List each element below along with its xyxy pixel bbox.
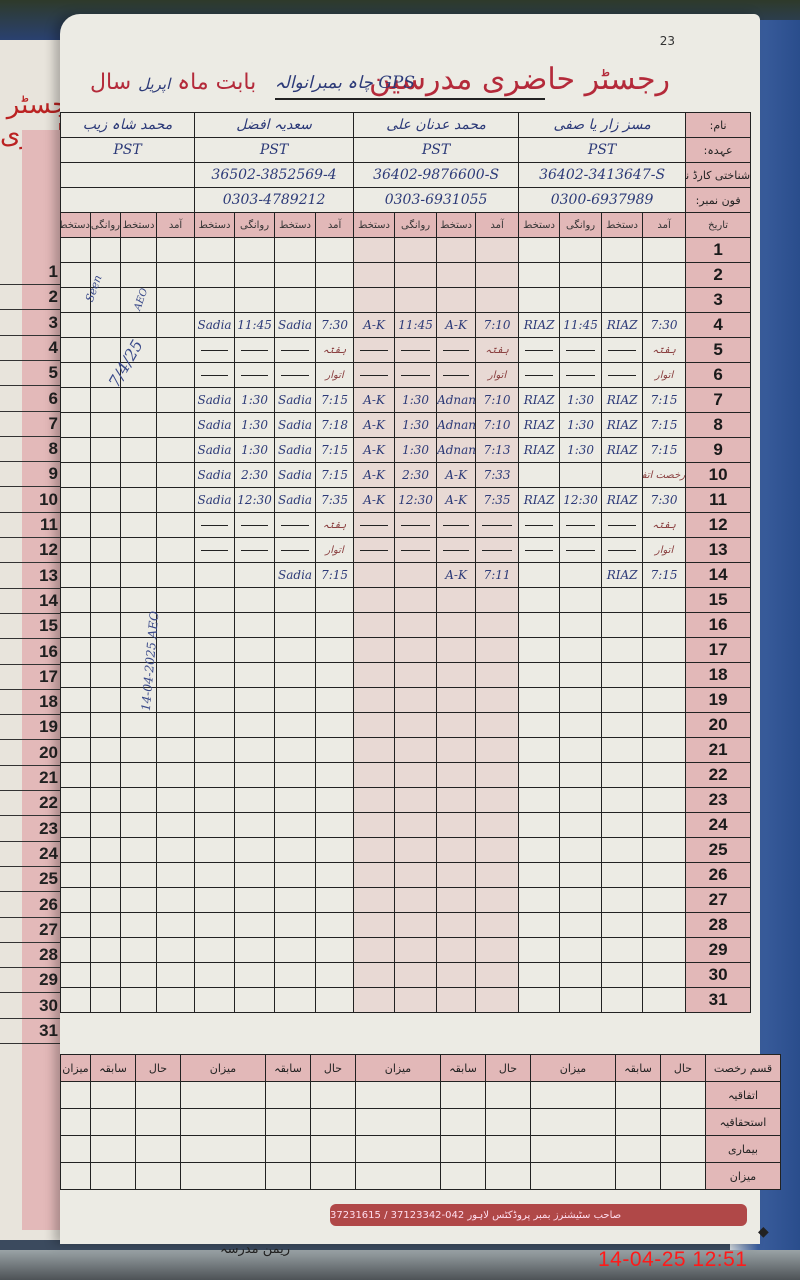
- attendance-cell: [476, 513, 519, 538]
- attendance-row: Sadia1:30Sadia7:15A-K1:30Adnan7:10RIAZ1:…: [61, 388, 751, 413]
- camera-timestamp: 14-04-25 12:51: [598, 1248, 747, 1272]
- attendance-cell: [235, 613, 275, 638]
- date-number: 7: [686, 388, 751, 413]
- attendance-cell: [157, 438, 195, 463]
- attendance-cell: Sadia: [195, 388, 235, 413]
- attendance-cell: [316, 763, 354, 788]
- attendance-cell: [157, 863, 195, 888]
- attendance-cell: [354, 363, 395, 388]
- attendance-cell: [275, 738, 316, 763]
- attendance-cell: اتوار: [316, 363, 354, 388]
- attendance-row: Sadia2:30Sadia7:15A-K2:30A-K7:33رخصت اتف…: [61, 463, 751, 488]
- attendance-cell: RIAZ: [602, 438, 643, 463]
- attendance-cell: [316, 688, 354, 713]
- attendance-cell: [643, 613, 686, 638]
- date-number: 14: [686, 563, 751, 588]
- leave-cell: [311, 1136, 356, 1163]
- attendance-cell: [602, 713, 643, 738]
- attendance-cell: [437, 588, 476, 613]
- attendance-cell: [235, 838, 275, 863]
- attendance-cell: [395, 988, 437, 1013]
- dash-mark: [566, 525, 595, 526]
- attendance-cell: [157, 888, 195, 913]
- attendance-cell: [602, 238, 643, 263]
- attendance-cell: Adnan: [437, 413, 476, 438]
- attendance-cell: [157, 588, 195, 613]
- leave-col-header: سابقہ: [441, 1055, 486, 1082]
- attendance-cell: [235, 888, 275, 913]
- attendance-cell: [643, 838, 686, 863]
- attendance-cell: [560, 963, 602, 988]
- leave-row-label: میزان: [706, 1163, 781, 1190]
- attendance-cell: [61, 713, 91, 738]
- attendance-cell: رخصت اتفاقیہ: [643, 463, 686, 488]
- attendance-cell: [91, 938, 121, 963]
- attendance-cell: A-K: [354, 488, 395, 513]
- attendance-cell: 7:10: [476, 313, 519, 338]
- dash-mark: [241, 525, 268, 526]
- date-number: 26: [686, 863, 751, 888]
- attendance-cell: 7:15: [643, 388, 686, 413]
- attendance-cell: 7:13: [476, 438, 519, 463]
- attendance-cell: [195, 538, 235, 563]
- date-number: 10: [686, 463, 751, 488]
- attendance-cell: [195, 363, 235, 388]
- attendance-row: 30: [61, 963, 751, 988]
- attendance-cell: [560, 988, 602, 1013]
- attendance-cell: 7:11: [476, 563, 519, 588]
- attendance-cell: 2:30: [235, 463, 275, 488]
- attendance-cell: [437, 363, 476, 388]
- dash-mark: [608, 550, 636, 551]
- date-number: 28: [686, 913, 751, 938]
- attendance-row: 27: [61, 888, 751, 913]
- attendance-cell: Adnan: [437, 438, 476, 463]
- column-header-signature: دستخط: [121, 213, 157, 238]
- attendance-cell: [476, 838, 519, 863]
- attendance-cell: [91, 813, 121, 838]
- attendance-cell: [316, 788, 354, 813]
- dash-mark: [201, 375, 228, 376]
- leave-cell: [266, 1136, 311, 1163]
- attendance-cell: [195, 888, 235, 913]
- attendance-cell: [195, 713, 235, 738]
- attendance-cell: [354, 563, 395, 588]
- attendance-cell: RIAZ: [519, 488, 560, 513]
- date-number: 8: [686, 413, 751, 438]
- attendance-cell: [235, 963, 275, 988]
- attendance-cell: [643, 813, 686, 838]
- attendance-cell: [275, 513, 316, 538]
- attendance-cell: 7:15: [643, 413, 686, 438]
- attendance-cell: [602, 688, 643, 713]
- attendance-cell: [519, 988, 560, 1013]
- attendance-cell: [91, 988, 121, 1013]
- attendance-cell: [195, 613, 235, 638]
- attendance-cell: 11:45: [560, 313, 602, 338]
- column-header-arrival: آمد: [643, 213, 686, 238]
- leave-cell: [486, 1163, 531, 1190]
- attendance-cell: [560, 888, 602, 913]
- left-page-date-number: 17: [39, 667, 58, 687]
- attendance-cell: [476, 788, 519, 813]
- column-header-signature: دستخط: [275, 213, 316, 238]
- attendance-cell: A-K: [437, 563, 476, 588]
- attendance-cell: [195, 738, 235, 763]
- attendance-cell: [195, 638, 235, 663]
- date-number: 21: [686, 738, 751, 763]
- attendance-cell: [602, 463, 643, 488]
- attendance-cell: [354, 663, 395, 688]
- attendance-cell: [643, 663, 686, 688]
- attendance-cell: [437, 888, 476, 913]
- date-number: 29: [686, 938, 751, 963]
- leave-type-header: قسم رخصت: [706, 1055, 781, 1082]
- attendance-cell: [157, 713, 195, 738]
- dash-mark: [401, 375, 430, 376]
- attendance-cell: [519, 663, 560, 688]
- attendance-row: 31: [61, 988, 751, 1013]
- attendance-cell: [235, 913, 275, 938]
- attendance-cell: [560, 913, 602, 938]
- attendance-cell: [602, 838, 643, 863]
- date-number: 1: [686, 238, 751, 263]
- date-number: 22: [686, 763, 751, 788]
- attendance-cell: [395, 638, 437, 663]
- attendance-cell: 1:30: [560, 413, 602, 438]
- dash-mark: [443, 375, 470, 376]
- attendance-cell: Sadia: [195, 438, 235, 463]
- attendance-cell: A-K: [437, 488, 476, 513]
- left-page-date-number: 21: [39, 768, 58, 788]
- row-label-designation: عہدہ:: [686, 138, 751, 163]
- attendance-cell: [91, 713, 121, 738]
- attendance-cell: [643, 713, 686, 738]
- attendance-cell: [61, 238, 91, 263]
- leave-cell: [266, 1163, 311, 1190]
- attendance-cell: [476, 588, 519, 613]
- attendance-cell: 7:30: [643, 488, 686, 513]
- attendance-cell: Sadia: [195, 488, 235, 513]
- attendance-cell: [121, 813, 157, 838]
- leave-row-label: استحقاقیہ: [706, 1109, 781, 1136]
- attendance-cell: [91, 863, 121, 888]
- attendance-cell: [275, 363, 316, 388]
- attendance-cell: [354, 863, 395, 888]
- attendance-cell: [157, 613, 195, 638]
- attendance-cell: [61, 488, 91, 513]
- attendance-cell: [476, 963, 519, 988]
- attendance-cell: [61, 763, 91, 788]
- attendance-cell: [316, 588, 354, 613]
- attendance-cell: [316, 638, 354, 663]
- register-page: 23 رجسٹر حاضری مدرسین چاہ بمبرانوالہ GPS…: [60, 14, 760, 1244]
- attendance-cell: [602, 638, 643, 663]
- attendance-cell: [61, 563, 91, 588]
- attendance-cell: [91, 838, 121, 863]
- attendance-cell: [235, 638, 275, 663]
- dash-mark: [241, 350, 268, 351]
- dash-mark: [525, 525, 553, 526]
- attendance-cell: [560, 813, 602, 838]
- attendance-cell: [91, 763, 121, 788]
- attendance-row: Sadia12:30Sadia7:35A-K12:30A-K7:35RIAZ12…: [61, 488, 751, 513]
- attendance-cell: [235, 538, 275, 563]
- attendance-cell: [519, 463, 560, 488]
- attendance-cell: [275, 588, 316, 613]
- attendance-cell: [157, 663, 195, 688]
- attendance-cell: [602, 988, 643, 1013]
- attendance-cell: [519, 588, 560, 613]
- attendance-cell: [91, 963, 121, 988]
- leave-col-header: حال: [136, 1055, 181, 1082]
- attendance-cell: [275, 963, 316, 988]
- attendance-cell: [519, 813, 560, 838]
- leave-cell: [91, 1109, 136, 1136]
- column-header-departure: روانگی: [235, 213, 275, 238]
- attendance-cell: [602, 588, 643, 613]
- dash-mark: [360, 525, 388, 526]
- attendance-cell: [560, 788, 602, 813]
- attendance-cell: A-K: [354, 388, 395, 413]
- attendance-cell: [395, 763, 437, 788]
- attendance-cell: 7:10: [476, 413, 519, 438]
- dash-mark: [360, 350, 388, 351]
- attendance-cell: [395, 538, 437, 563]
- attendance-cell: [354, 913, 395, 938]
- leave-cell: [91, 1163, 136, 1190]
- attendance-cell: [560, 613, 602, 638]
- attendance-cell: [157, 338, 195, 363]
- leave-cell: [531, 1136, 616, 1163]
- leave-cell: [356, 1163, 441, 1190]
- attendance-cell: Sadia: [275, 388, 316, 413]
- attendance-cell: اتوار: [316, 538, 354, 563]
- leave-cell: [91, 1082, 136, 1109]
- attendance-cell: [195, 838, 235, 863]
- date-number: 13: [686, 538, 751, 563]
- attendance-cell: RIAZ: [519, 313, 560, 338]
- attendance-cell: [157, 763, 195, 788]
- attendance-cell: [195, 263, 235, 288]
- attendance-cell: [61, 263, 91, 288]
- attendance-cell: [560, 513, 602, 538]
- attendance-cell: Sadia: [275, 313, 316, 338]
- attendance-cell: [437, 338, 476, 363]
- attendance-cell: [476, 988, 519, 1013]
- leave-cell: [616, 1136, 661, 1163]
- attendance-cell: [560, 863, 602, 888]
- attendance-cell: [354, 838, 395, 863]
- attendance-cell: [476, 863, 519, 888]
- attendance-cell: Sadia: [275, 563, 316, 588]
- attendance-row: 18: [61, 663, 751, 688]
- attendance-cell: [437, 688, 476, 713]
- attendance-cell: [354, 963, 395, 988]
- attendance-cell: [643, 688, 686, 713]
- dash-mark: [443, 550, 470, 551]
- date-number: 18: [686, 663, 751, 688]
- attendance-cell: [476, 613, 519, 638]
- attendance-cell: [395, 938, 437, 963]
- attendance-row: 15: [61, 588, 751, 613]
- attendance-cell: [519, 538, 560, 563]
- date-number: 12: [686, 513, 751, 538]
- attendance-cell: [519, 863, 560, 888]
- attendance-cell: Adnan: [437, 388, 476, 413]
- attendance-cell: ہفتہ: [476, 338, 519, 363]
- column-header-signature: دستخط: [61, 213, 91, 238]
- school-name: چاہ بمبرانوالہ GPS: [275, 72, 415, 93]
- dash-mark: [525, 375, 553, 376]
- column-header-signature: دستخط: [602, 213, 643, 238]
- attendance-cell: RIAZ: [602, 563, 643, 588]
- attendance-cell: RIAZ: [519, 388, 560, 413]
- leave-cell: [311, 1082, 356, 1109]
- attendance-cell: [275, 688, 316, 713]
- attendance-cell: 12:30: [560, 488, 602, 513]
- attendance-cell: [602, 788, 643, 813]
- left-page-date-number: 26: [39, 895, 58, 915]
- column-header-signature: دستخط: [195, 213, 235, 238]
- attendance-row: Sadia1:30Sadia7:15A-K1:30Adnan7:13RIAZ1:…: [61, 438, 751, 463]
- attendance-cell: [476, 738, 519, 763]
- attendance-cell: [61, 938, 91, 963]
- left-page-date-number: 11: [40, 515, 58, 535]
- attendance-cell: [157, 313, 195, 338]
- attendance-cell: [476, 538, 519, 563]
- attendance-cell: 2:30: [395, 463, 437, 488]
- attendance-cell: [61, 338, 91, 363]
- teacher-phone: 0300-6937989: [519, 188, 686, 213]
- attendance-cell: [395, 288, 437, 313]
- attendance-row: 20: [61, 713, 751, 738]
- leave-cell: [181, 1082, 266, 1109]
- dash-mark: [281, 550, 309, 551]
- column-header-signature: دستخط: [437, 213, 476, 238]
- attendance-cell: [235, 563, 275, 588]
- attendance-cell: [602, 913, 643, 938]
- attendance-cell: [395, 238, 437, 263]
- attendance-cell: [61, 438, 91, 463]
- dash-mark: [525, 350, 553, 351]
- attendance-cell: [560, 563, 602, 588]
- attendance-row: 28: [61, 913, 751, 938]
- attendance-cell: 7:33: [476, 463, 519, 488]
- attendance-cell: [316, 838, 354, 863]
- attendance-cell: [316, 913, 354, 938]
- date-number: 23: [686, 788, 751, 813]
- leave-cell: [486, 1109, 531, 1136]
- attendance-cell: [395, 363, 437, 388]
- date-number: 6: [686, 363, 751, 388]
- attendance-cell: [195, 563, 235, 588]
- left-page-date-number: 18: [39, 692, 58, 712]
- attendance-cell: [519, 838, 560, 863]
- attendance-cell: [354, 613, 395, 638]
- left-page-date-number: 4: [49, 338, 58, 358]
- leave-col-header: میزان: [181, 1055, 266, 1082]
- attendance-cell: [519, 888, 560, 913]
- attendance-cell: [560, 538, 602, 563]
- attendance-cell: [275, 538, 316, 563]
- left-page-date-number: 5: [49, 363, 58, 383]
- leave-summary-table: میزانسابقہحالمیزانسابقہحالمیزانسابقہحالم…: [60, 1054, 781, 1190]
- column-header-departure: روانگی: [91, 213, 121, 238]
- attendance-cell: [643, 238, 686, 263]
- attendance-cell: [157, 363, 195, 388]
- attendance-cell: [316, 663, 354, 688]
- page-mark-icon: ◆: [758, 1224, 769, 1240]
- attendance-cell: [395, 563, 437, 588]
- column-header-arrival: آمد: [157, 213, 195, 238]
- attendance-cell: [602, 663, 643, 688]
- attendance-cell: 7:30: [316, 313, 354, 338]
- attendance-cell: Sadia: [275, 413, 316, 438]
- dash-mark: [608, 375, 636, 376]
- attendance-cell: [476, 638, 519, 663]
- attendance-row: 2: [61, 263, 751, 288]
- attendance-cell: [519, 238, 560, 263]
- attendance-cell: [395, 913, 437, 938]
- attendance-cell: 7:18: [316, 413, 354, 438]
- attendance-cell: [560, 638, 602, 663]
- attendance-cell: [476, 238, 519, 263]
- teacher-name: مسز زار یا صفی: [519, 113, 686, 138]
- date-number: 3: [686, 288, 751, 313]
- attendance-cell: [121, 563, 157, 588]
- attendance-cell: [61, 363, 91, 388]
- column-header-departure: روانگی: [395, 213, 437, 238]
- attendance-cell: [235, 263, 275, 288]
- attendance-cell: [61, 888, 91, 913]
- date-number: 4: [686, 313, 751, 338]
- attendance-cell: [61, 513, 91, 538]
- dash-mark: [608, 525, 636, 526]
- attendance-cell: [235, 288, 275, 313]
- leave-cell: [181, 1136, 266, 1163]
- left-page-date-number: 16: [39, 642, 58, 662]
- leave-cell: [61, 1109, 91, 1136]
- attendance-cell: [235, 788, 275, 813]
- attendance-cell: [61, 613, 91, 638]
- attendance-cell: [61, 538, 91, 563]
- attendance-cell: [316, 938, 354, 963]
- attendance-cell: [519, 788, 560, 813]
- leave-col-header: حال: [486, 1055, 531, 1082]
- attendance-cell: [395, 788, 437, 813]
- left-page-date-number: 28: [39, 945, 58, 965]
- attendance-cell: [316, 263, 354, 288]
- attendance-cell: [121, 838, 157, 863]
- attendance-cell: [61, 913, 91, 938]
- teacher-designation: PST: [354, 138, 519, 163]
- attendance-cell: [91, 688, 121, 713]
- attendance-cell: [91, 738, 121, 763]
- attendance-cell: [437, 813, 476, 838]
- date-number: 5: [686, 338, 751, 363]
- attendance-cell: [61, 838, 91, 863]
- leave-cell: [311, 1163, 356, 1190]
- attendance-cell: [121, 788, 157, 813]
- attendance-cell: [354, 988, 395, 1013]
- attendance-cell: اتوار: [643, 538, 686, 563]
- attendance-cell: RIAZ: [602, 413, 643, 438]
- attendance-row: 21: [61, 738, 751, 763]
- left-page-date-number: 27: [39, 920, 58, 940]
- left-page-date-number: 31: [39, 1021, 58, 1041]
- attendance-cell: [437, 738, 476, 763]
